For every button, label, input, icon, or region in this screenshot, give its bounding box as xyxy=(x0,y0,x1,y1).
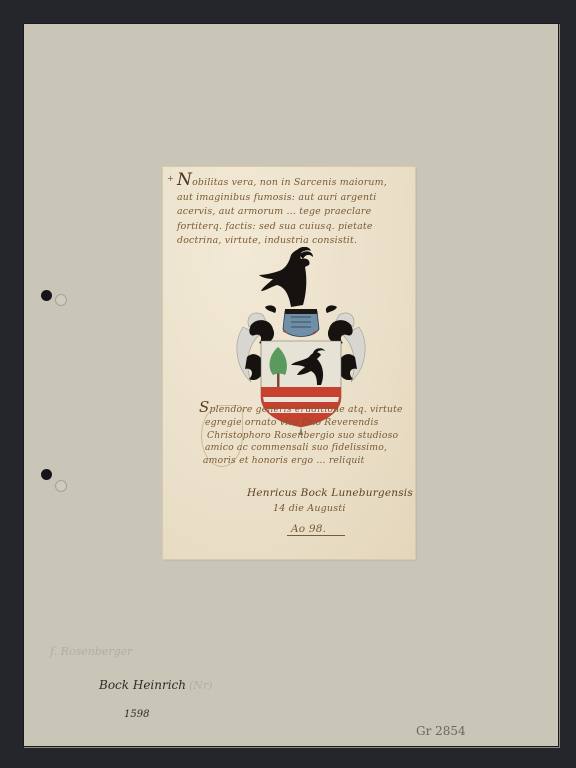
inventory-number: Gr 2854 xyxy=(416,724,466,738)
signature-year: Ao 98. xyxy=(291,523,326,535)
dedication-text: Splendore generis eruditione atq. virtut… xyxy=(199,401,403,468)
punch-hole-ring-top xyxy=(55,294,67,306)
pencil-name-note: Bock Heinrich xyxy=(99,678,186,692)
margin-mark: + xyxy=(167,174,174,183)
motto-line: obilitas vera, non in Sarcenis maiorum, xyxy=(192,177,387,188)
manuscript-leaf: + Nobilitas vera, non in Sarcenis maioru… xyxy=(163,167,415,559)
year-rule xyxy=(287,535,345,536)
mount-board: + Nobilitas vera, non in Sarcenis maioru… xyxy=(24,24,558,746)
signature: Henricus Bock Luneburgensis xyxy=(247,487,413,499)
pencil-year: 1598 xyxy=(124,709,149,720)
motto-initial: N xyxy=(177,170,192,190)
motto-line: aut imaginibus fumosis: aut auri argenti xyxy=(177,191,387,206)
pencil-owner-note: f. Rosenberger xyxy=(50,645,132,658)
crest-ibex xyxy=(259,247,313,307)
motto-line: fortiterq. factis: sed sua cuiusq. pieta… xyxy=(177,220,387,235)
punch-hole-ring-bottom xyxy=(55,480,67,492)
signature-date: 14 die Augusti xyxy=(273,503,346,514)
pencil-name-paren: (Nr) xyxy=(189,679,212,692)
dedication-initial: S xyxy=(199,398,209,416)
punch-hole-bottom xyxy=(41,469,52,480)
dedication-line: plendore generis eruditione atq. virtute xyxy=(209,404,402,415)
dedication-line: amico ac commensali suo fidelissimo, xyxy=(199,442,403,455)
dedication-line: Christophoro Rosenbergio suo studioso xyxy=(199,430,403,443)
punch-hole-top xyxy=(41,290,52,301)
motto-text: Nobilitas vera, non in Sarcenis maiorum,… xyxy=(177,173,387,249)
motto-line: acervis, aut armorum ... tege praeclare xyxy=(177,205,387,220)
dedication-line: egregie ornato viro Dno Reverendis xyxy=(199,417,403,430)
dedication-line: amoris et honoris ergo ... reliquit xyxy=(199,455,403,468)
